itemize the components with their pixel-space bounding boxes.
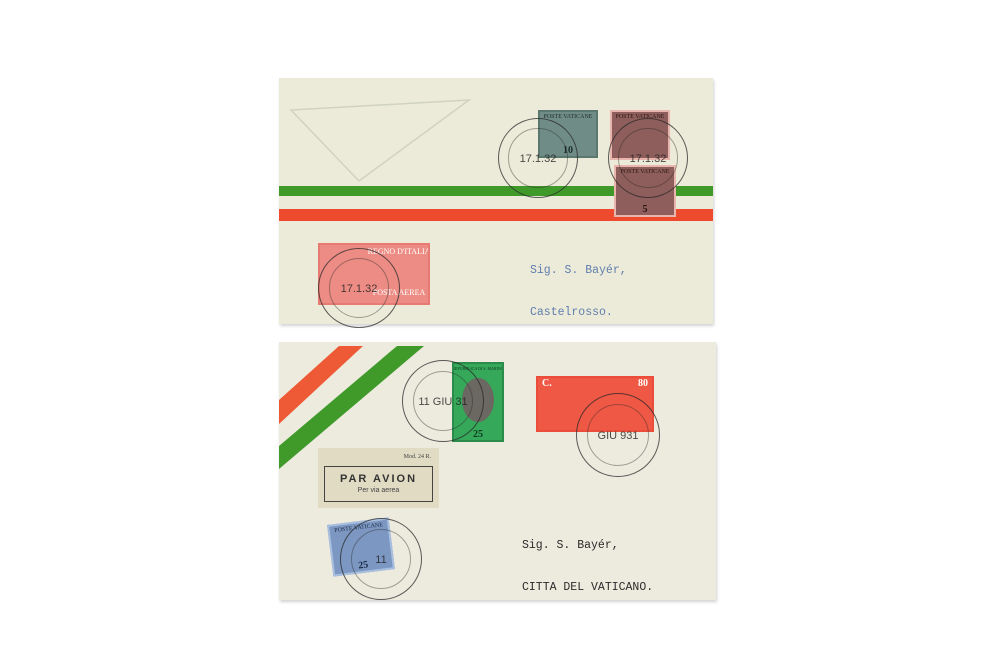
postmark-vatican-2: 17.1.32 <box>608 118 688 198</box>
postmark-san-marino-2: GIU 931 <box>576 393 660 477</box>
postmark-vatican-bottom: 11 <box>340 518 422 600</box>
postmark-vatican-1: 17.1.32 <box>498 118 578 198</box>
postmark-poste-san-marino-1: 11 GIU 31 <box>402 360 484 442</box>
address-bottom: Sig. S. Bayér, CITTA DEL VATICANO. <box>522 511 653 609</box>
par-avion-box: PAR AVION Per via aerea <box>324 466 433 502</box>
postmark-roma-ferrovia: 17.1.32 <box>318 248 400 328</box>
par-avion-label: Mod. 24 R. PAR AVION Per via aerea <box>318 448 439 508</box>
flap-triangle-icon <box>289 96 474 186</box>
